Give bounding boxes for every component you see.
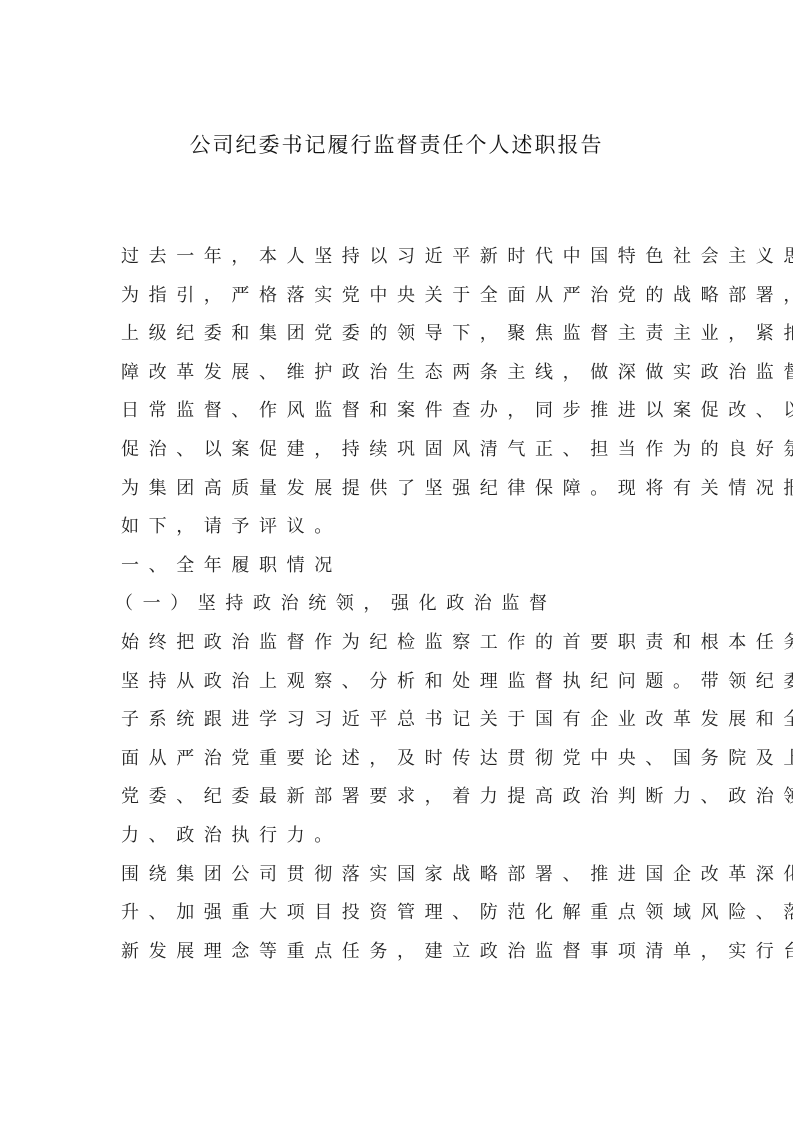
- paragraph-line: 日常监督、作风监督和案件查办，同步推进以案促改、以案: [121, 392, 681, 431]
- paragraph-line: 始终把政治监督作为纪检监察工作的首要职责和根本任务，: [121, 624, 681, 663]
- paragraph-line: 力、政治执行力。: [121, 817, 681, 856]
- document-page: 公司纪委书记履行监督责任个人述职报告 过去一年，本人坚持以习近平新时代中国特色社…: [0, 0, 793, 1122]
- paragraph-line: 障改革发展、维护政治生态两条主线，做深做实政治监督、: [121, 354, 681, 393]
- subsection-heading: （一）坚持政治统领，强化政治监督: [115, 585, 681, 624]
- paragraph-line: 面从严治党重要论述，及时传达贯彻党中央、国务院及上级: [121, 740, 681, 779]
- paragraph-line: 促治、以案促建，持续巩固风清气正、担当作为的良好氛围，: [121, 431, 681, 470]
- paragraph-line: 升、加强重大项目投资管理、防范化解重点领域风险、落实: [121, 894, 681, 933]
- paragraph-line: 新发展理念等重点任务，建立政治监督事项清单，实行台账: [121, 933, 681, 972]
- document-title: 公司纪委书记履行监督责任个人述职报告: [0, 130, 793, 160]
- paragraph-line: 如下，请予评议。: [121, 508, 681, 547]
- paragraph-line: 子系统跟进学习习近平总书记关于国有企业改革发展和全: [121, 701, 681, 740]
- paragraph-line: 过去一年，本人坚持以习近平新时代中国特色社会主义思想: [121, 238, 681, 277]
- paragraph-line: 上级纪委和集团党委的领导下，聚焦监督主责主业，紧扣保: [121, 315, 681, 354]
- paragraph-line: 围绕集团公司贯彻落实国家战略部署、推进国企改革深化提: [121, 856, 681, 895]
- paragraph-line: 党委、纪委最新部署要求，着力提高政治判断力、政治领悟: [121, 778, 681, 817]
- paragraph-line: 为指引，严格落实党中央关于全面从严治党的战略部署，在: [121, 277, 681, 316]
- paragraph-line: 坚持从政治上观察、分析和处理监督执纪问题。带领纪委班: [121, 663, 681, 702]
- paragraph-line: 为集团高质量发展提供了坚强纪律保障。现将有关情况报告: [121, 470, 681, 509]
- document-body: 过去一年，本人坚持以习近平新时代中国特色社会主义思想 为指引，严格落实党中央关于…: [121, 238, 681, 971]
- section-heading: 一、全年履职情况: [121, 547, 681, 586]
